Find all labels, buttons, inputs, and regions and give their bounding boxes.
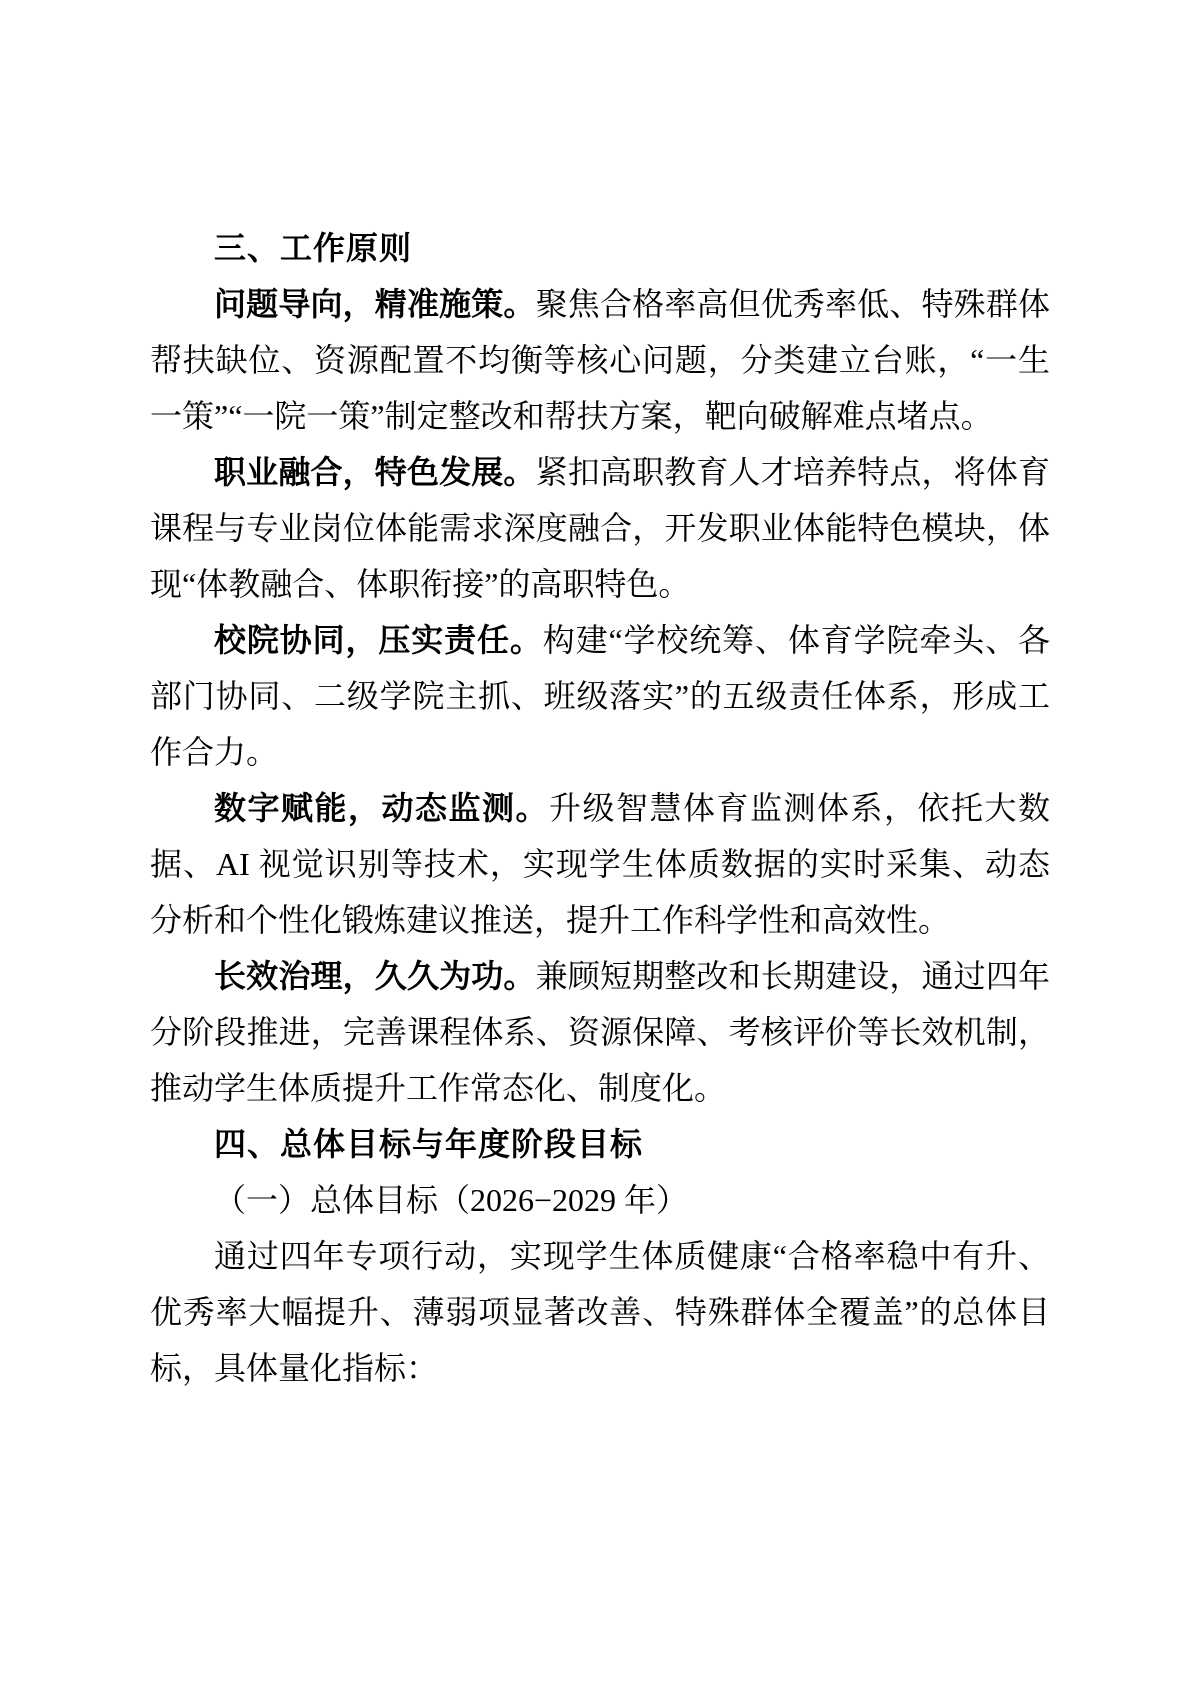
paragraph-principle-3: 校院协同，压实责任。构建“学校统筹、体育学院牵头、各部门协同、二级学院主抓、班级… bbox=[150, 612, 1050, 780]
subheading-overall-goal-2026-2029: （一）总体目标（2026−2029 年） bbox=[150, 1172, 1050, 1228]
paragraph-body-overall-goal-summary: 通过四年专项行动，实现学生体质健康“合格率稳中有升、优秀率大幅提升、薄弱项显著改… bbox=[150, 1238, 1050, 1386]
paragraph-principle-2: 职业融合，特色发展。紧扣高职教育人才培养特点，将体育课程与专业岗位体能需求深度融… bbox=[150, 444, 1050, 612]
paragraph-overall-goal-summary: 通过四年专项行动，实现学生体质健康“合格率稳中有升、优秀率大幅提升、薄弱项显著改… bbox=[150, 1228, 1050, 1396]
paragraph-lead-digital-empowerment: 数字赋能，动态监测。 bbox=[214, 790, 549, 826]
paragraph-lead-vocational-integration: 职业融合，特色发展。 bbox=[214, 454, 536, 490]
heading-section-4-overall-goals: 四、总体目标与年度阶段目标 bbox=[150, 1116, 1050, 1172]
heading-section-3-work-principles: 三、工作原则 bbox=[150, 220, 1050, 276]
paragraph-lead-long-term-governance: 长效治理，久久为功。 bbox=[214, 958, 536, 994]
paragraph-principle-1: 问题导向，精准施策。聚焦合格率高但优秀率低、特殊群体帮扶缺位、资源配置不均衡等核… bbox=[150, 276, 1050, 444]
paragraph-principle-5: 长效治理，久久为功。兼顾短期整改和长期建设，通过四年分阶段推进，完善课程体系、资… bbox=[150, 948, 1050, 1116]
paragraph-lead-problem-oriented: 问题导向，精准施策。 bbox=[214, 286, 536, 322]
document-page-body: 三、工作原则 问题导向，精准施策。聚焦合格率高但优秀率低、特殊群体帮扶缺位、资源… bbox=[150, 220, 1050, 1396]
paragraph-lead-school-college-coordination: 校院协同，压实责任。 bbox=[214, 622, 543, 658]
paragraph-principle-4: 数字赋能，动态监测。升级智慧体育监测体系，依托大数据、AI 视觉识别等技术，实现… bbox=[150, 780, 1050, 948]
